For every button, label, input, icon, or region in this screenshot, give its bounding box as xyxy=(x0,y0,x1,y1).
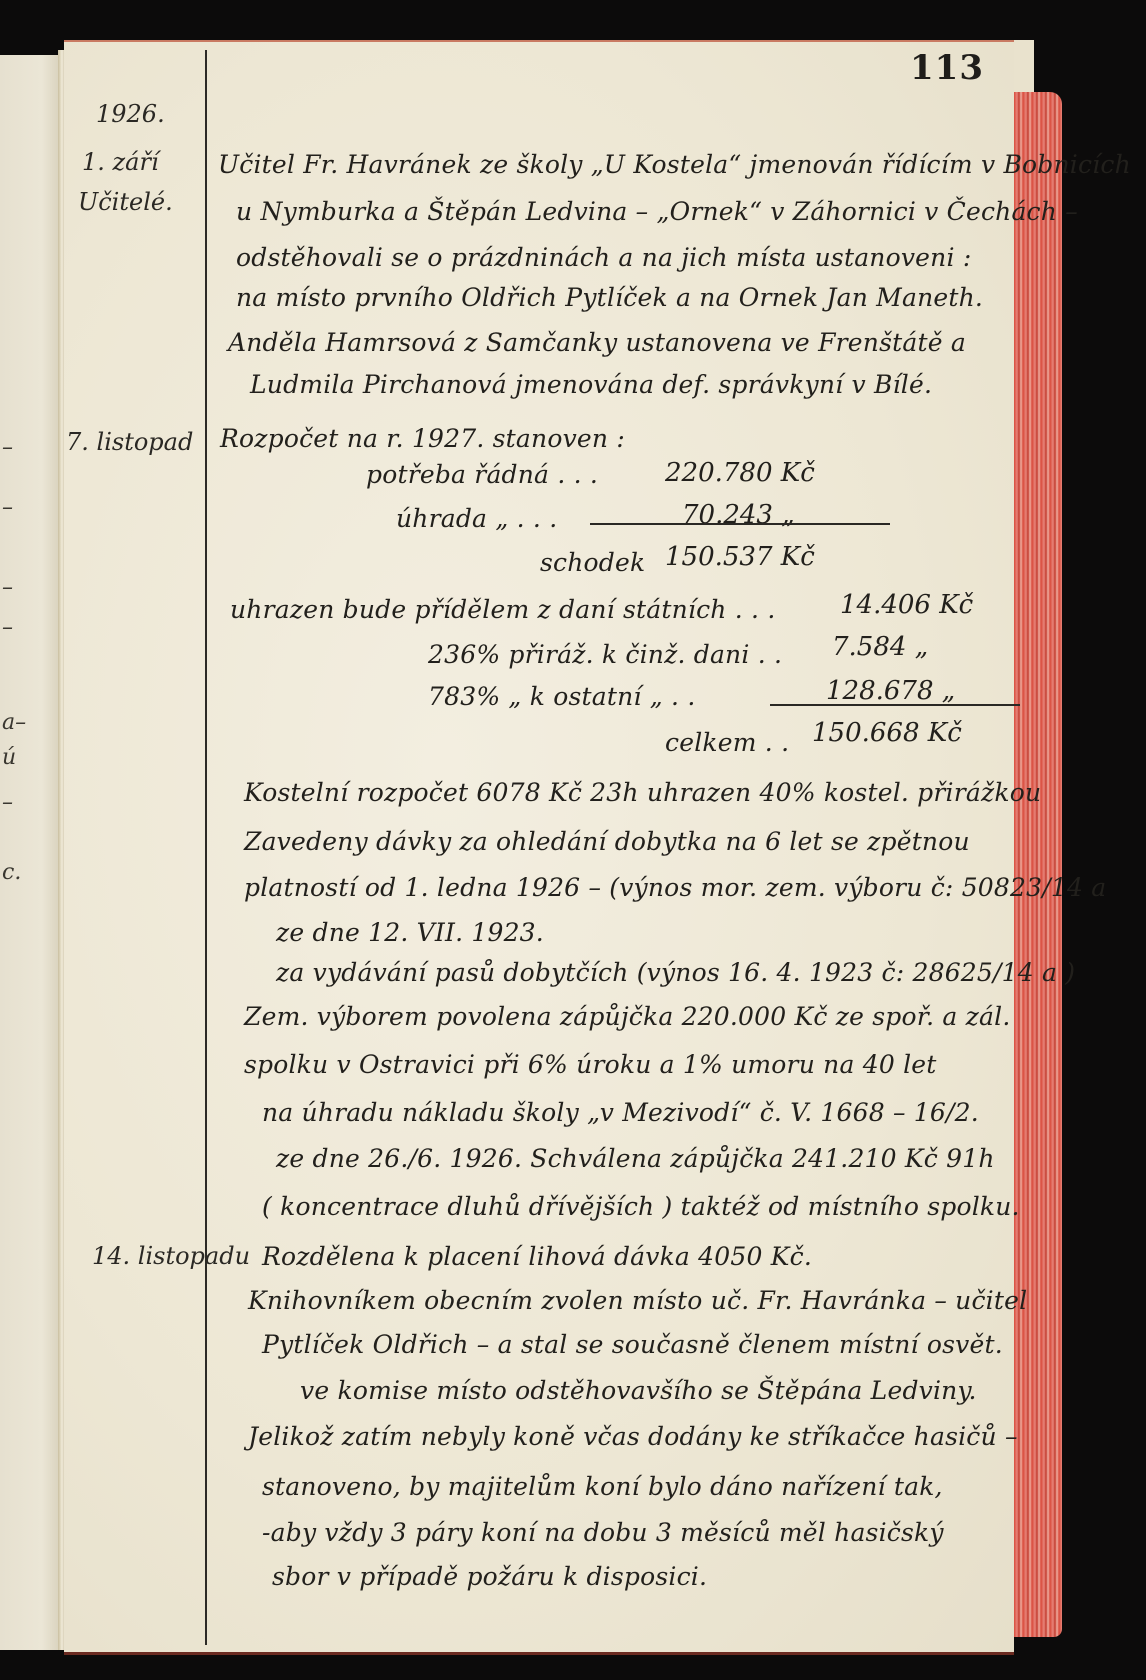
budget-row-label: úhrada „ . . . xyxy=(396,504,557,533)
budget-row-label: schodek xyxy=(540,548,645,577)
margin-note-topic: Učitelé. xyxy=(78,188,173,216)
left-page-fragment: a– xyxy=(2,710,26,735)
sum-rule xyxy=(590,523,890,525)
coverage-heading: uhrazen bude přídělem z daní státních . … xyxy=(230,595,776,624)
entry-line: Knihovníkem obecním zvolen místo uč. Fr.… xyxy=(248,1286,1027,1315)
entry-line: Zem. výborem povolena zápůjčka 220.000 K… xyxy=(244,1002,1011,1031)
left-page-fragment: c. xyxy=(2,860,21,885)
entry-line: na úhradu nákladu školy „v Mezivodí“ č. … xyxy=(262,1098,979,1127)
entry-line: Pytlíček Oldřich – a stal se současně čl… xyxy=(262,1330,1003,1359)
entry-line: ze dne 26./6. 1926. Schválena zápůjčka 2… xyxy=(276,1144,995,1173)
red-page-edges xyxy=(1014,92,1062,1637)
left-page-fragment: ú xyxy=(2,745,16,770)
coverage-label: 236% přiráž. k činž. dani . . xyxy=(428,640,782,669)
coverage-value: 128.678 „ xyxy=(826,676,955,706)
entry-line: stanoveno, by majitelům koní bylo dáno n… xyxy=(262,1472,943,1501)
entry-line: za vydávání pasů dobytčích (výnos 16. 4.… xyxy=(276,958,1075,987)
entry-line: ze dne 12. VII. 1923. xyxy=(276,918,544,947)
margin-note-date: 1. září xyxy=(82,148,159,176)
page-corner xyxy=(1014,40,1034,95)
left-page-fragment: – xyxy=(2,615,13,640)
entry-line: spolku v Ostravici při 6% úroku a 1% umo… xyxy=(244,1050,937,1079)
margin-note-year: 1926. xyxy=(96,100,165,128)
page-number: 113 xyxy=(910,48,984,88)
entry-line: na místo prvního Oldřich Pytlíček a na O… xyxy=(236,283,983,312)
entry-line: Rozdělena k placení lihová dávka 4050 Kč… xyxy=(262,1242,812,1271)
entry-line: Jelikož zatím nebyly koně včas dodány ke… xyxy=(248,1422,1018,1451)
entry-line: Kostelní rozpočet 6078 Kč 23h uhrazen 40… xyxy=(244,778,1041,807)
sum-rule xyxy=(770,704,1020,706)
coverage-value: 150.668 Kč xyxy=(812,718,962,748)
margin-note-date: 7. listopad xyxy=(66,428,193,456)
budget-heading: Rozpočet na r. 1927. stanoven : xyxy=(220,424,625,453)
entry-line: Učitel Fr. Havránek ze školy „U Kostela“… xyxy=(218,150,1131,179)
entry-line: odstěhovali se o prázdninách a na jich m… xyxy=(236,243,971,272)
coverage-value: 7.584 „ xyxy=(832,632,928,662)
margin-rule xyxy=(205,50,207,1645)
coverage-label: 783% „ k ostatní „ . . xyxy=(428,682,695,711)
left-page-fragment: – xyxy=(2,575,13,600)
coverage-value: 14.406 Kč xyxy=(840,590,973,620)
entry-line: Anděla Hamrsová z Samčanky ustanovena ve… xyxy=(228,328,966,357)
entry-line: Ludmila Pirchanová jmenována def. správk… xyxy=(250,370,932,399)
entry-line: ve komise místo odstěhovavšího se Štěpán… xyxy=(300,1376,977,1405)
left-page-fragment: – xyxy=(2,790,13,815)
budget-row-value: 220.780 Kč xyxy=(665,458,815,488)
budget-row-value: 150.537 Kč xyxy=(665,542,815,572)
budget-row-value: 70.243 „ xyxy=(682,500,795,530)
entry-line: ( koncentrace dluhů dřívějších ) taktéž … xyxy=(262,1192,1020,1221)
entry-line: sbor v případě požáru k disposici. xyxy=(272,1562,707,1591)
entry-line: -aby vždy 3 páry koní na dobu 3 měsíců m… xyxy=(262,1518,944,1547)
coverage-label: celkem . . xyxy=(665,728,789,757)
margin-note-date: 14. listopadu xyxy=(92,1242,250,1270)
entry-line: u Nymburka a Štěpán Ledvina – „Ornek“ v … xyxy=(236,197,1078,226)
entry-line: Zavedeny dávky za ohledání dobytka na 6 … xyxy=(244,827,970,856)
left-page-fragment: – xyxy=(2,435,13,460)
left-page-fragment: – xyxy=(2,495,13,520)
left-page-strip: – – – – a– ú – c. xyxy=(0,55,60,1650)
entry-line: platností od 1. ledna 1926 – (výnos mor.… xyxy=(244,873,1106,902)
budget-row-label: potřeba řádná . . . xyxy=(366,460,598,489)
